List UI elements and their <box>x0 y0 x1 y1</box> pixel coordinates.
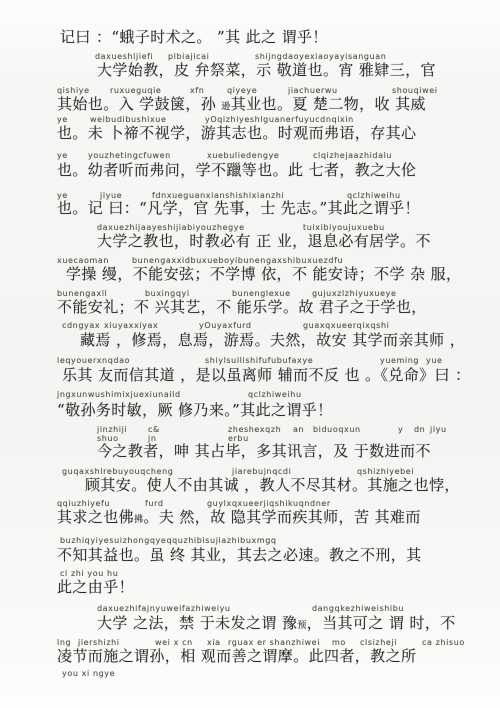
text-line: 此之由乎！ <box>57 579 134 596</box>
text-segment: 也。记 曰：“凡学，官 先事，士 先志。”其此之谓乎！ <box>57 199 420 217</box>
pinyin-segment: ye <box>57 151 68 161</box>
pinyin-segment: xiuyaxxiyax <box>104 321 158 331</box>
pinyin-segment: guaxqxueerqixqshi <box>303 321 389 331</box>
pinyin-row: cdngyaxxiuyaxxiyaxyOuyaxfurdguaxqxueerqi… <box>0 321 500 331</box>
pinyin-row: daxuezhifajnyuweifazhiweiyudangqkezhiwei… <box>0 604 500 614</box>
pinyin-row: leqyouerxnqdaoshiylsuilishifufubufaxyeyu… <box>0 356 500 366</box>
text-segment: 乐其 友而信其道 ，是以虽离师 辅而不反 也 。《兑命》曰 ： <box>62 366 471 384</box>
text-line: 乐其 友而信其道 ，是以虽离师 辅而不反 也 。《兑命》曰 ： <box>62 367 471 384</box>
pinyin-segment: qclzhiweihu <box>248 390 302 400</box>
text-segment: 顾其安。使人不由其诚 ，教人不尽其材。其施之也悖， <box>85 476 460 494</box>
text-segment: 其业也。夏 楚二物，收 其威 <box>231 95 426 113</box>
text-segment: 大学之教也，时教必有 正 业，退息必有居学。不 <box>97 232 431 250</box>
pinyin-segment: jngxunwushimixjuexiunaild <box>57 390 181 400</box>
pinyin-segment: daxuezhifajnyuweifazhiweiyu <box>97 604 231 614</box>
pinyin-row: you xi ngye <box>0 669 500 679</box>
gloss-char: 预 <box>297 621 306 631</box>
text-segment: 。夫 然，故 隐其学而疾其师，苦 其难而 <box>143 508 420 526</box>
text-segment: 不能安礼；不 兴其艺，不 能乐学。故 君子之于学也， <box>57 298 427 316</box>
text-line: 凌节而施之谓孙，相 观而善之谓摩。此四者，教之所 <box>57 648 416 665</box>
pinyin-row: buzhiqyiyesuizhongqyeqquzhibisujiazhibux… <box>0 536 500 546</box>
text-line: 藏焉 ，修焉，息焉，游焉。夫然，故安 其学而亲其师 ， <box>80 332 465 349</box>
gloss-char: 逊 <box>221 102 230 112</box>
pinyin-segment: ca zhisuo <box>422 638 465 648</box>
text-line: 记曰 ：“蛾子时术之。 ”其 此之 谓乎！ <box>60 29 328 46</box>
text-line: 顾其安。使人不由其诚 ，教人不尽其材。其施之也悖， <box>85 477 460 494</box>
pinyin-segment: clqizhejaazhidalu <box>313 151 392 161</box>
pinyin-segment: yueming <box>380 356 419 366</box>
text-line: 也。幼者听而弗问，学不躐等也。此 七者，教之大伦 <box>57 162 416 179</box>
text-line: 其始也。入 学鼓箧，孙 逊其业也。夏 楚二物，收 其威 <box>57 96 426 116</box>
pinyin-segment: leqyouerxnqdao <box>57 356 130 366</box>
text-line: 不能安礼；不 兴其艺，不 能乐学。故 君子之于学也， <box>57 299 427 316</box>
pinyin-segment: yOuyaxfurd <box>199 321 252 331</box>
pinyin-row: jngxunwushimixjuexiunaildqclzhiweihu <box>0 390 500 400</box>
text-segment: 此之由乎！ <box>57 578 134 596</box>
pinyin-segment: dangqkezhiweishibu <box>312 604 404 614</box>
text-segment: 其求之也佛 <box>57 508 134 526</box>
gloss-char: 拂 <box>134 515 143 525</box>
text-segment: 藏焉 ，修焉，息焉，游焉。夫然，故安 其学而亲其师 ， <box>80 331 465 349</box>
text-line: 也。记 曰：“凡学，官 先事，士 先志。”其此之谓乎！ <box>57 200 420 217</box>
pinyin-segment: youzhetingcfuwen <box>88 151 171 161</box>
text-segment: 不知其益也。虽 终 其业，其去之必速。教之不刑，其 <box>57 546 422 564</box>
text-line: 也。未 卜禘不视学，游其志也。时观而弗语，存其心 <box>57 125 416 142</box>
text-segment: 也。幼者听而弗问，学不躐等也。此 七者，教之大伦 <box>57 161 416 179</box>
pinyin-segment: yue <box>426 356 443 366</box>
text-line: “敬孙务时敏，厥 修乃来。”其此之谓乎！ <box>57 402 333 419</box>
text-segment: “敬孙务时敏，厥 修乃来。”其此之谓乎！ <box>57 401 333 419</box>
text-segment: 也。未 卜禘不视学，游其志也。时观而弗语，存其心 <box>57 124 416 142</box>
document-page: 记曰 ：“蛾子时术之。 ”其 此之 谓乎！daxueshljiefiplbiaj… <box>0 0 500 708</box>
pinyin-segment: you xi ngye <box>62 669 115 679</box>
text-line: 其求之也佛拂。夫 然，故 隐其学而疾其师，苦 其难而 <box>57 509 421 529</box>
pinyin-segment: cdngyax <box>62 321 100 331</box>
text-segment: ，当其可之 谓 时，不 <box>307 614 456 632</box>
text-segment: 大学 之法，禁 于未发之谓 豫 <box>97 614 297 632</box>
text-segment: 凌节而施之谓孙，相 观而善之谓摩。此四者，教之所 <box>57 647 416 665</box>
pinyin-segment: buzhiqyiyesuizhongqyeqquzhibisujiazhibux… <box>60 536 277 546</box>
text-segment: 学操 缦，不能安弦；不学博 依，不 能安诗；不学 杂 服， <box>66 265 461 283</box>
text-line: 大学 之法，禁 于未发之谓 豫预，当其可之 谓 时，不 <box>97 615 456 635</box>
pinyin-segment: shiylsuilishifufubufaxye <box>205 356 313 366</box>
text-line: 不知其益也。虽 终 其业，其去之必速。教之不刑，其 <box>57 547 422 564</box>
pinyin-row: yeyouzhetingcfuwenxuebuliedengyeclqizhej… <box>0 151 500 161</box>
text-line: 今之教者，呻 其占毕，多其讯言，及 于数进而不 <box>97 443 431 460</box>
text-segment: 记曰 ：“蛾子时术之。 ”其 此之 谓乎！ <box>60 28 328 46</box>
text-line: 学操 缦，不能安弦；不学博 依，不 能安诗；不学 杂 服， <box>66 266 461 283</box>
text-line: 大学始教，皮 弁祭菜，示 敬道也。宵 雅肄三，官 <box>97 62 436 79</box>
text-segment: 大学始教，皮 弁祭菜，示 敬道也。宵 雅肄三，官 <box>97 61 436 79</box>
text-segment: 其始也。入 学鼓箧，孙 <box>57 95 221 113</box>
text-segment: 今之教者，呻 其占毕，多其讯言，及 于数进而不 <box>97 442 431 460</box>
text-line: 大学之教也，时教必有 正 业，退息必有居学。不 <box>97 233 431 250</box>
pinyin-segment: xuebuliedengye <box>207 151 279 161</box>
